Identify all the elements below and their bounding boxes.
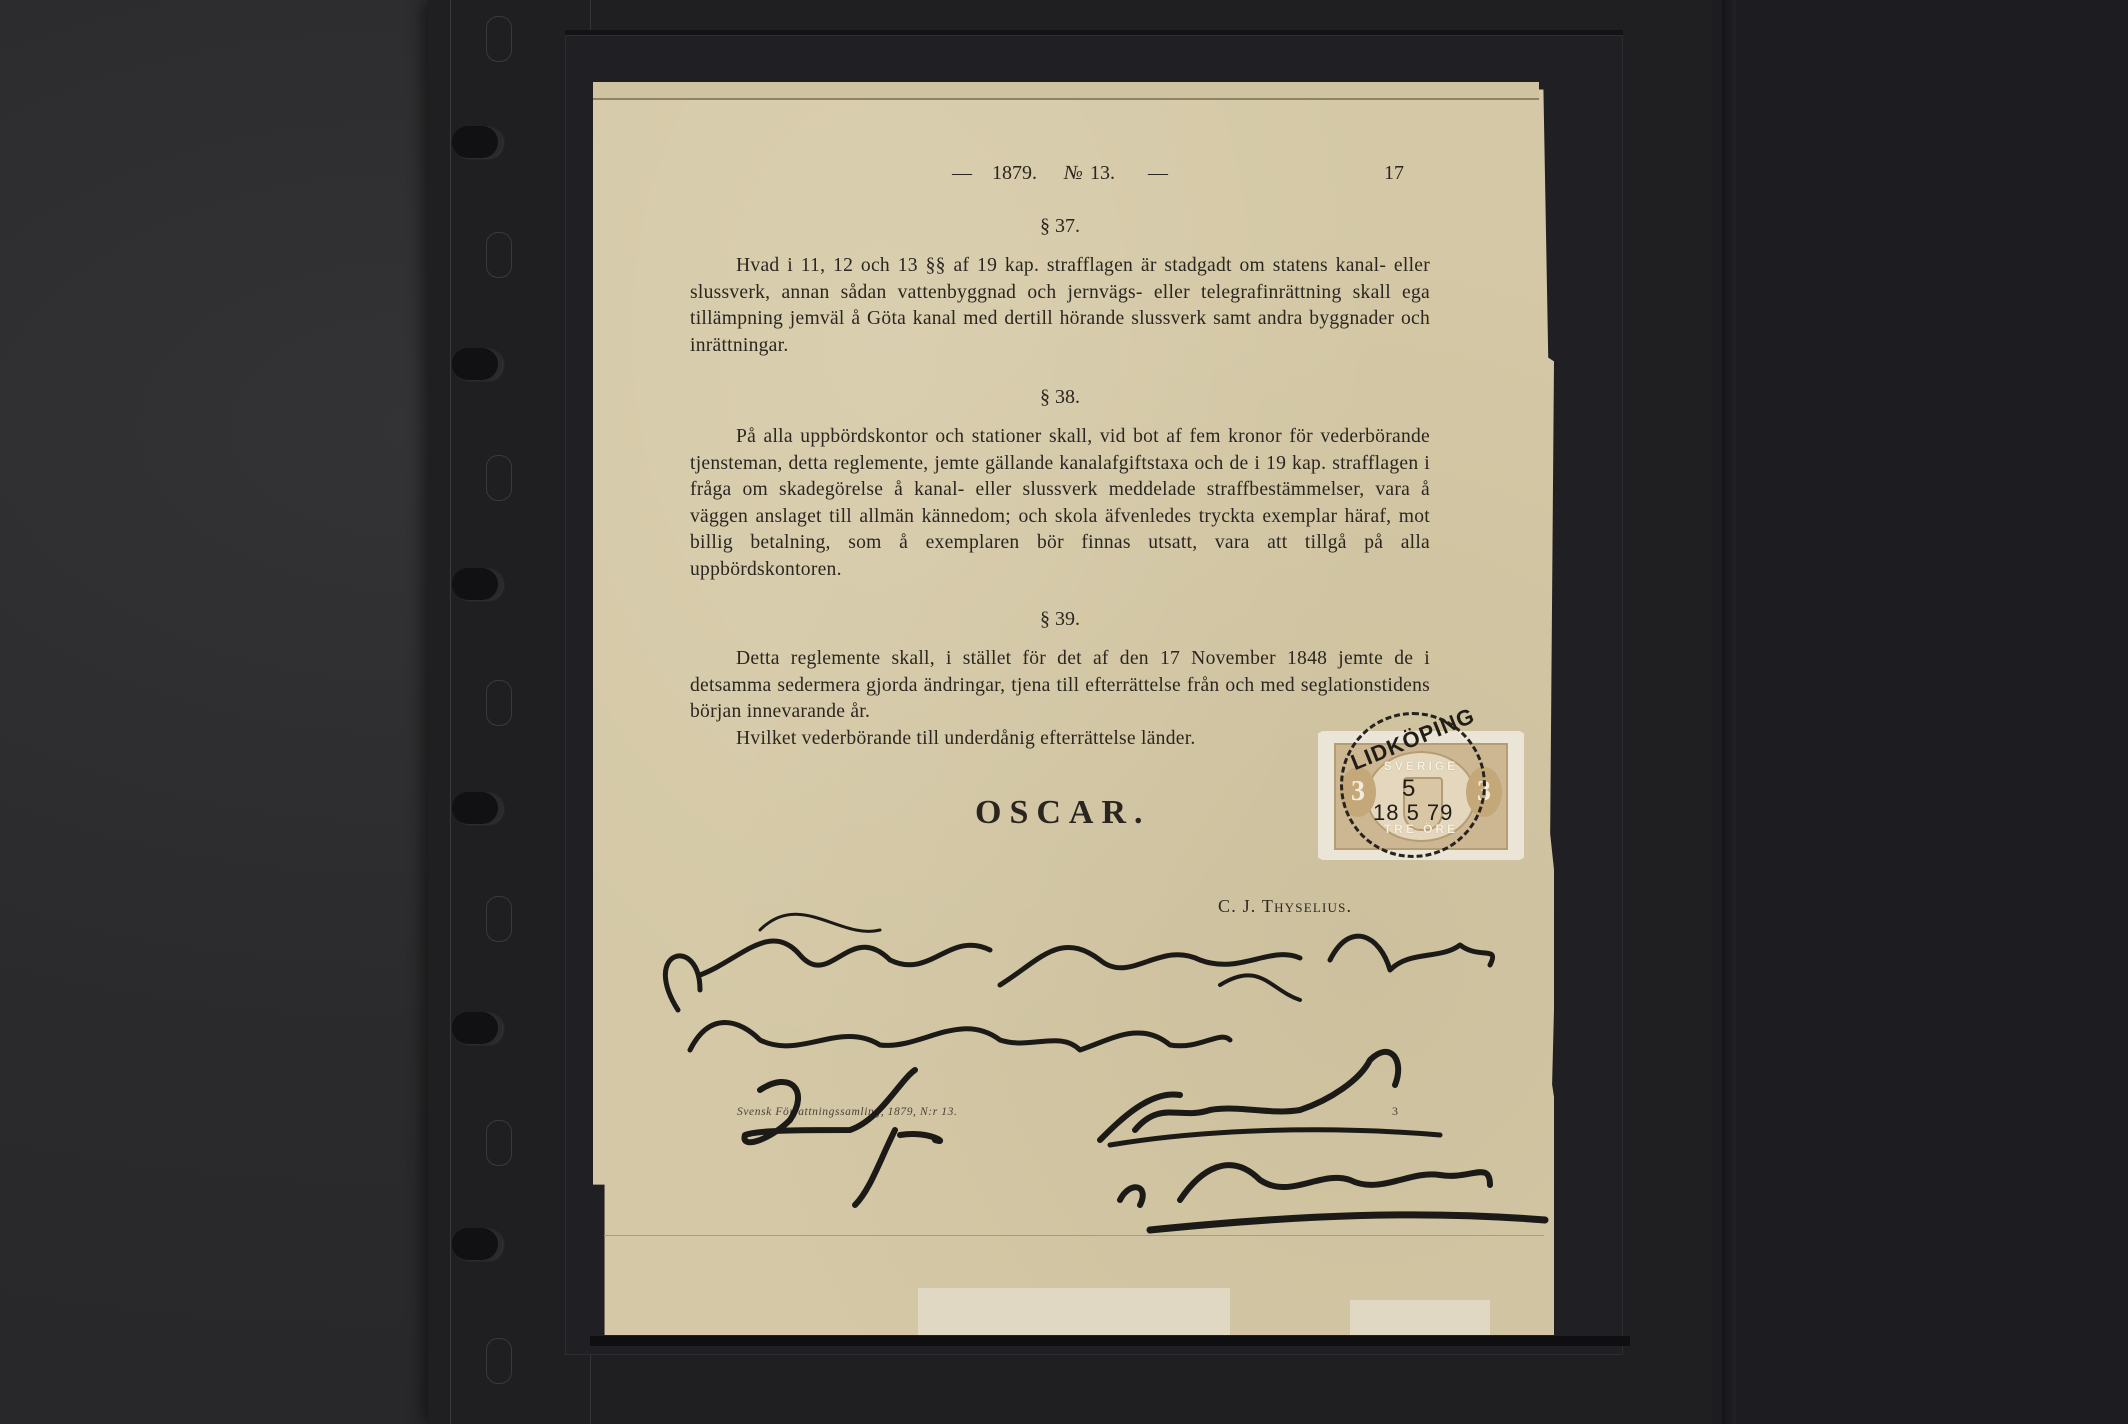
handwriting-strokes [0,0,2128,1424]
